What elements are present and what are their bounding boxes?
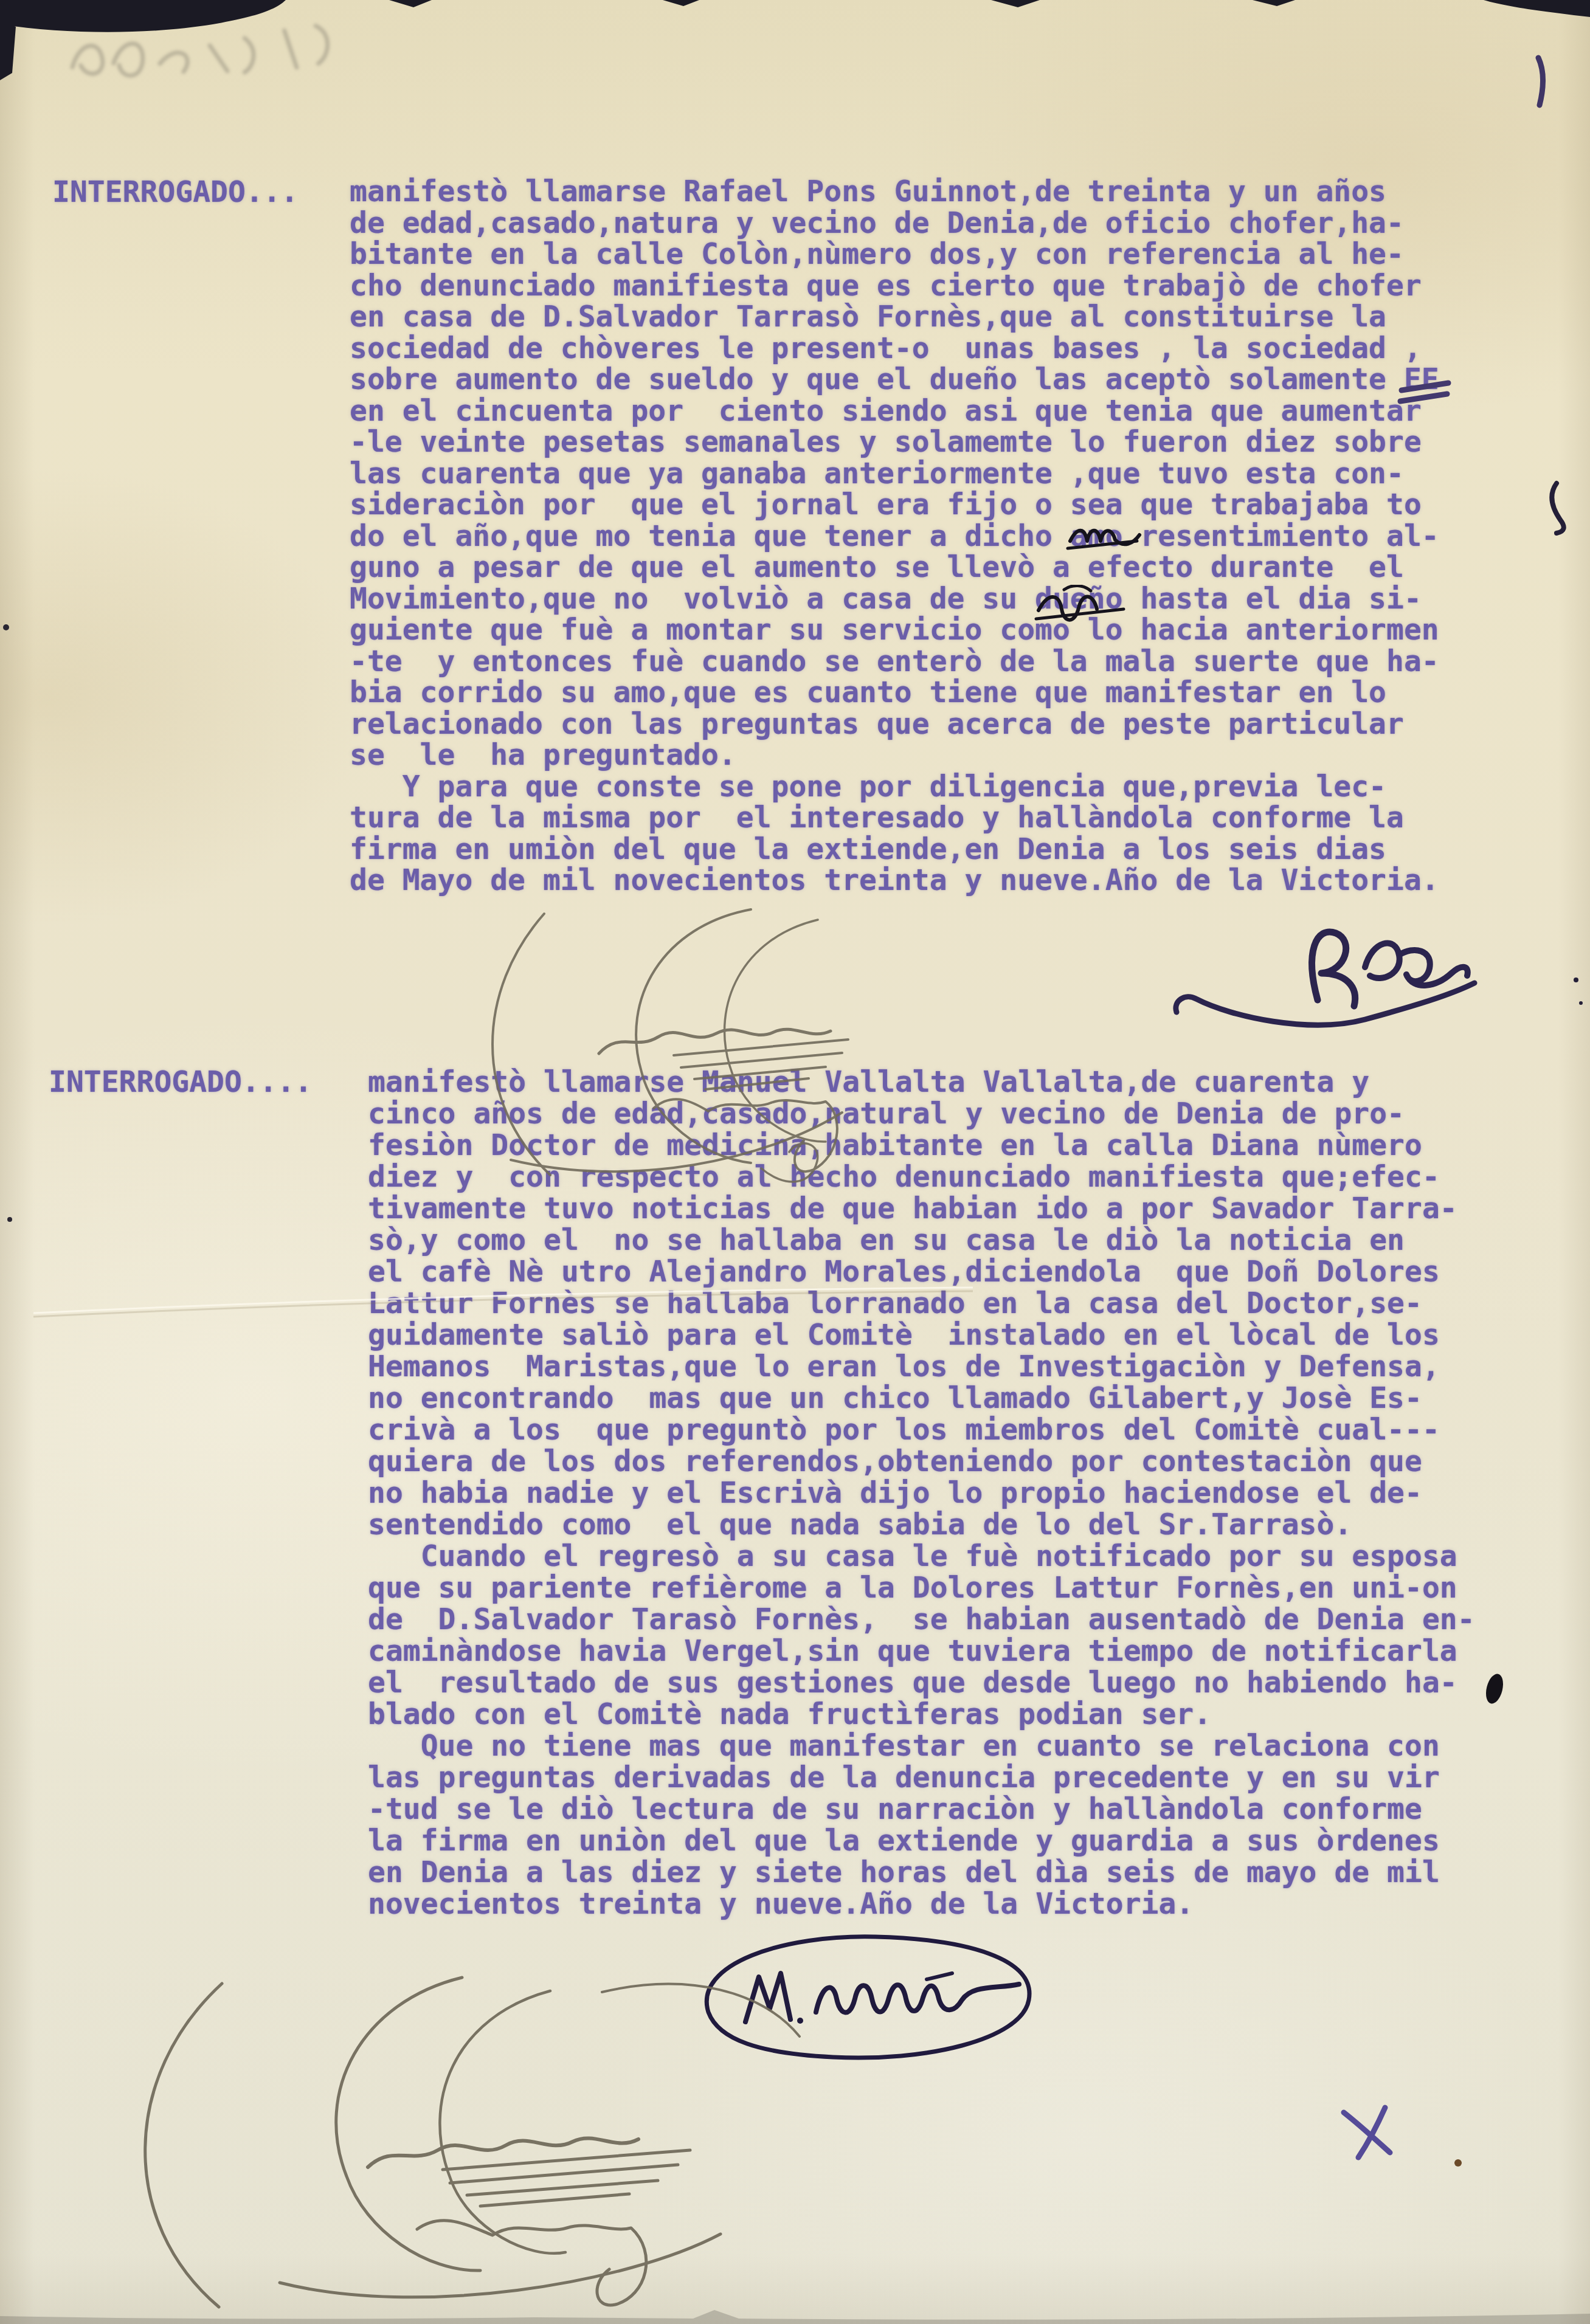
typed-line: diez y con respecto al hecho denunciado … xyxy=(368,1161,1475,1193)
typed-line: Movimiento,que no volviò a casa de su du… xyxy=(350,584,1439,615)
typed-line: guidamente saliò para el Comitè instalad… xyxy=(368,1319,1475,1351)
typed-line: sociedad de chòveres le present-o unas b… xyxy=(350,333,1439,365)
witness-signature-pons xyxy=(1158,915,1487,1049)
x-margin-mark xyxy=(1332,2094,1405,2167)
typed-line: manifestò llamarse Rafael Pons Guinnot,d… xyxy=(350,176,1439,208)
typed-line: sentendido como el que nada sabia de lo … xyxy=(368,1509,1475,1540)
bottom-edge xyxy=(0,2310,1590,2324)
typed-line: bia corrido su amo,que es cuanto tiene q… xyxy=(350,677,1439,709)
section2-testimony-text: manifestò llamarse Manuel Vallalta Valla… xyxy=(368,1066,1475,1920)
typed-line: en el cincuenta por ciento siendo asi qu… xyxy=(350,396,1439,427)
typed-line: la firma en uniòn del que la extiende y … xyxy=(368,1825,1475,1857)
torn-edge xyxy=(0,0,1590,91)
typed-line: blado con el Comitè nada fructìferas pod… xyxy=(368,1698,1475,1730)
typed-line: que su pariente refièrome a la Dolores L… xyxy=(368,1572,1475,1604)
paper-speck xyxy=(1454,2159,1462,2167)
typed-line: de edad,casado,natura y vecino de Denia,… xyxy=(350,208,1439,240)
typed-line: -le veinte pesetas semanales y solamemte… xyxy=(350,427,1439,458)
section1-interrogado-label: INTERROGADO... xyxy=(52,176,299,208)
typed-line: no habia nadie y el Escrivà dijo lo prop… xyxy=(368,1477,1475,1509)
typed-line: Y para que conste se pone por diligencia… xyxy=(350,771,1439,803)
typed-line: en casa de D.Salvador Tarrasò Fornès,que… xyxy=(350,302,1439,333)
typed-line: fesiòn Doctor de medicina,habitante en l… xyxy=(368,1129,1475,1161)
ink-blot xyxy=(1483,1672,1505,1706)
typed-line: las cuarenta que ya ganaba anteriormente… xyxy=(350,458,1439,490)
typed-line: bitante en la calle Colòn,nùmero dos,y c… xyxy=(350,239,1439,271)
typed-line: se le ha preguntado. xyxy=(350,740,1439,771)
typed-line: de Mayo de mil novecientos treinta y nue… xyxy=(350,865,1439,897)
faint-stamp xyxy=(71,25,329,84)
typed-line: el cafè Nè utro Alejandro Morales,dicien… xyxy=(368,1256,1475,1288)
typed-line: en Denia a las diez y siete horas del dì… xyxy=(368,1857,1475,1888)
typed-line: quiera de los dos referendos,obteniendo … xyxy=(368,1446,1475,1477)
typed-line: Que no tiene mas que manifestar en cuant… xyxy=(368,1730,1475,1762)
typed-line: do el año,que mo tenia que tener a dicho… xyxy=(350,521,1439,553)
typed-line: -te y entonces fuè cuando se enterò de l… xyxy=(350,646,1439,678)
witness-signature-vallalta xyxy=(657,1921,1058,2061)
typed-line: relacionado con las preguntas que acerca… xyxy=(350,709,1439,740)
typed-line: las preguntas derivadas de la denuncia p… xyxy=(368,1762,1475,1793)
typed-line: caminàndose havia Vergel,sin que tuviera… xyxy=(368,1635,1475,1667)
scanned-document-page: INTERROGADO... manifestò llamarse Rafael… xyxy=(0,0,1590,2324)
typed-line: tivamente tuvo noticias de que habian id… xyxy=(368,1193,1475,1224)
ink-speck xyxy=(1574,978,1578,982)
section2-interrogado-label: INTERROGADO.... xyxy=(49,1066,312,1098)
typed-line: tura de la misma por el interesado y hal… xyxy=(350,802,1439,834)
typed-line: novecientos treinta y nueve.Año de la Vi… xyxy=(368,1888,1475,1920)
paper-speck xyxy=(7,1217,12,1222)
section1-testimony-text: manifestò llamarse Rafael Pons Guinnot,d… xyxy=(350,176,1439,897)
typed-line: firma en umiòn del que la extiende,en De… xyxy=(350,834,1439,866)
typed-line: guiente que fuè a montar su servicio com… xyxy=(350,615,1439,646)
typed-line: Cuando el regresò a su casa le fuè notif… xyxy=(368,1540,1475,1572)
typed-line: sò,y como el no se hallaba en su casa le… xyxy=(368,1224,1475,1256)
typed-line: -tud se le diò lectura de su narraciòn y… xyxy=(368,1793,1475,1825)
typed-line: no encontrando mas que un chico llamado … xyxy=(368,1382,1475,1414)
clerk-pencil-signature-2 xyxy=(79,1967,930,2319)
ink-speck xyxy=(1579,1001,1583,1005)
typed-line: guno a pesar de que el aumento se llevò … xyxy=(350,552,1439,584)
typed-line: sideraciòn por que el jornal era fijo o … xyxy=(350,489,1439,521)
typed-line: de D.Salvador Tarasò Fornès, se habian a… xyxy=(368,1604,1475,1635)
typed-line: cinco años de edad,casado,natural y veci… xyxy=(368,1098,1475,1129)
ink-fleck xyxy=(1538,58,1543,105)
ink-fleck xyxy=(1552,483,1563,533)
typed-line: el resultado de sus gestiones que desde … xyxy=(368,1667,1475,1698)
typed-line: crivà a los que preguntò por los miembro… xyxy=(368,1414,1475,1446)
typed-line: Lattur Fornès se hallaba lorranado en la… xyxy=(368,1288,1475,1319)
typed-line: sobre aumento de sueldo y que el dueño l… xyxy=(350,364,1439,396)
typed-line: Hemanos Maristas,que lo eran los de Inve… xyxy=(368,1351,1475,1382)
paper-speck xyxy=(3,624,9,630)
typed-line: cho denunciado manifiesta que es cierto … xyxy=(350,271,1439,302)
typed-line: manifestò llamarse Manuel Vallalta Valla… xyxy=(368,1066,1475,1098)
